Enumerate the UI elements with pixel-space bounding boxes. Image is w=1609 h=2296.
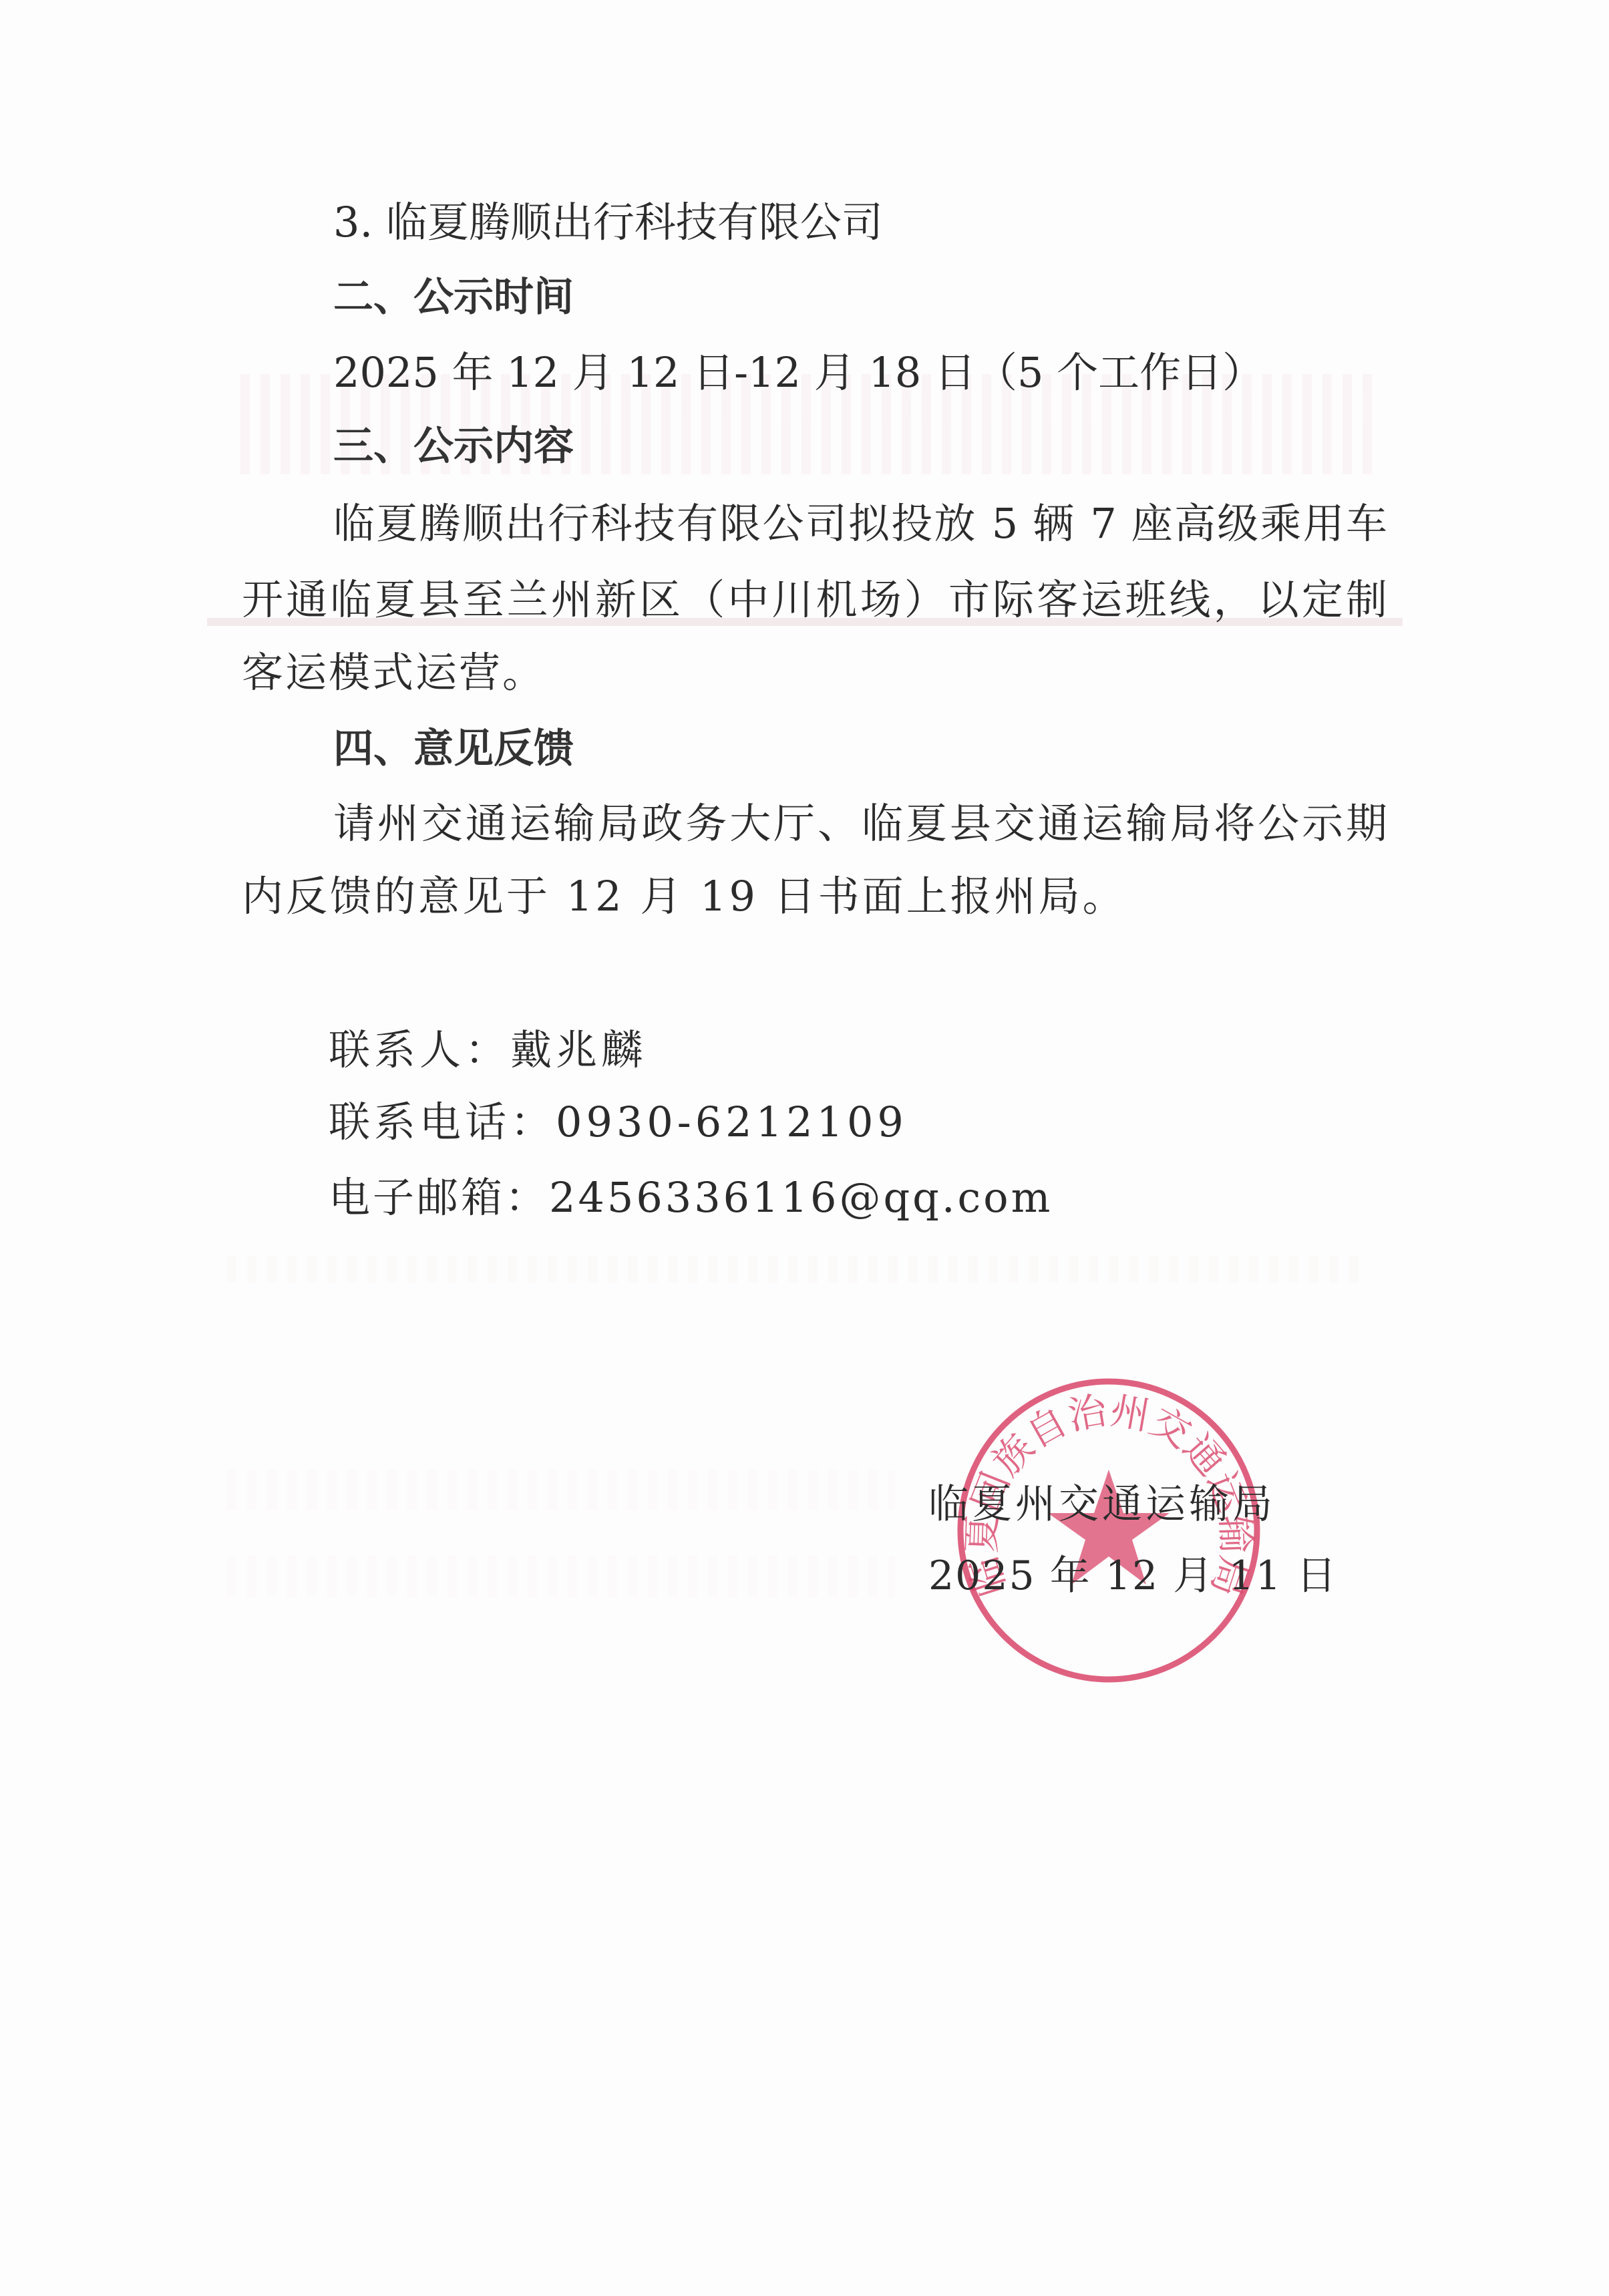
publicity-period: 2025 年 12 月 12 日-12 月 18 日（5 个工作日）: [333, 346, 1264, 399]
show-through-band: [227, 1256, 1363, 1283]
section-heading-content: 三、公示内容: [333, 420, 574, 473]
section-heading-time: 二、公示时间: [333, 271, 574, 324]
list-item-company-3: 3. 临夏腾顺出行科技有限公司: [333, 196, 921, 249]
show-through-band: [227, 1470, 895, 1510]
content-paragraph-line: 客运模式运营。: [242, 646, 546, 699]
document-page: 3. 临夏腾顺出行科技有限公司 二、公示时间 2025 年 12 月 12 日-…: [0, 0, 1609, 2296]
content-paragraph-line: 临夏腾顺出行科技有限公司拟投放 5 辆 7 座高级乘用车: [333, 497, 1387, 550]
feedback-paragraph-line: 请州交通运输局政务大厅、临夏县交通运输局将公示期: [333, 797, 1387, 850]
section-heading-feedback: 四、意见反馈: [333, 722, 574, 776]
contact-phone: 联系电话：0930-6212109: [329, 1096, 908, 1149]
issue-date: 2025 年 12 月 11 日: [928, 1549, 1338, 1603]
content-paragraph-line: 开通临夏县至兰州新区（中川机场）市际客运班线，以定制: [242, 573, 1387, 627]
contact-email: 电子邮箱：2456336116@qq.com: [329, 1171, 1053, 1224]
contact-person: 联系人：戴兆麟: [329, 1023, 647, 1077]
issuer-name: 临夏州交通运输局: [928, 1478, 1272, 1531]
show-through-band: [227, 1556, 895, 1597]
feedback-paragraph-line: 内反馈的意见于 12 月 19 日书面上报州局。: [242, 870, 1127, 923]
